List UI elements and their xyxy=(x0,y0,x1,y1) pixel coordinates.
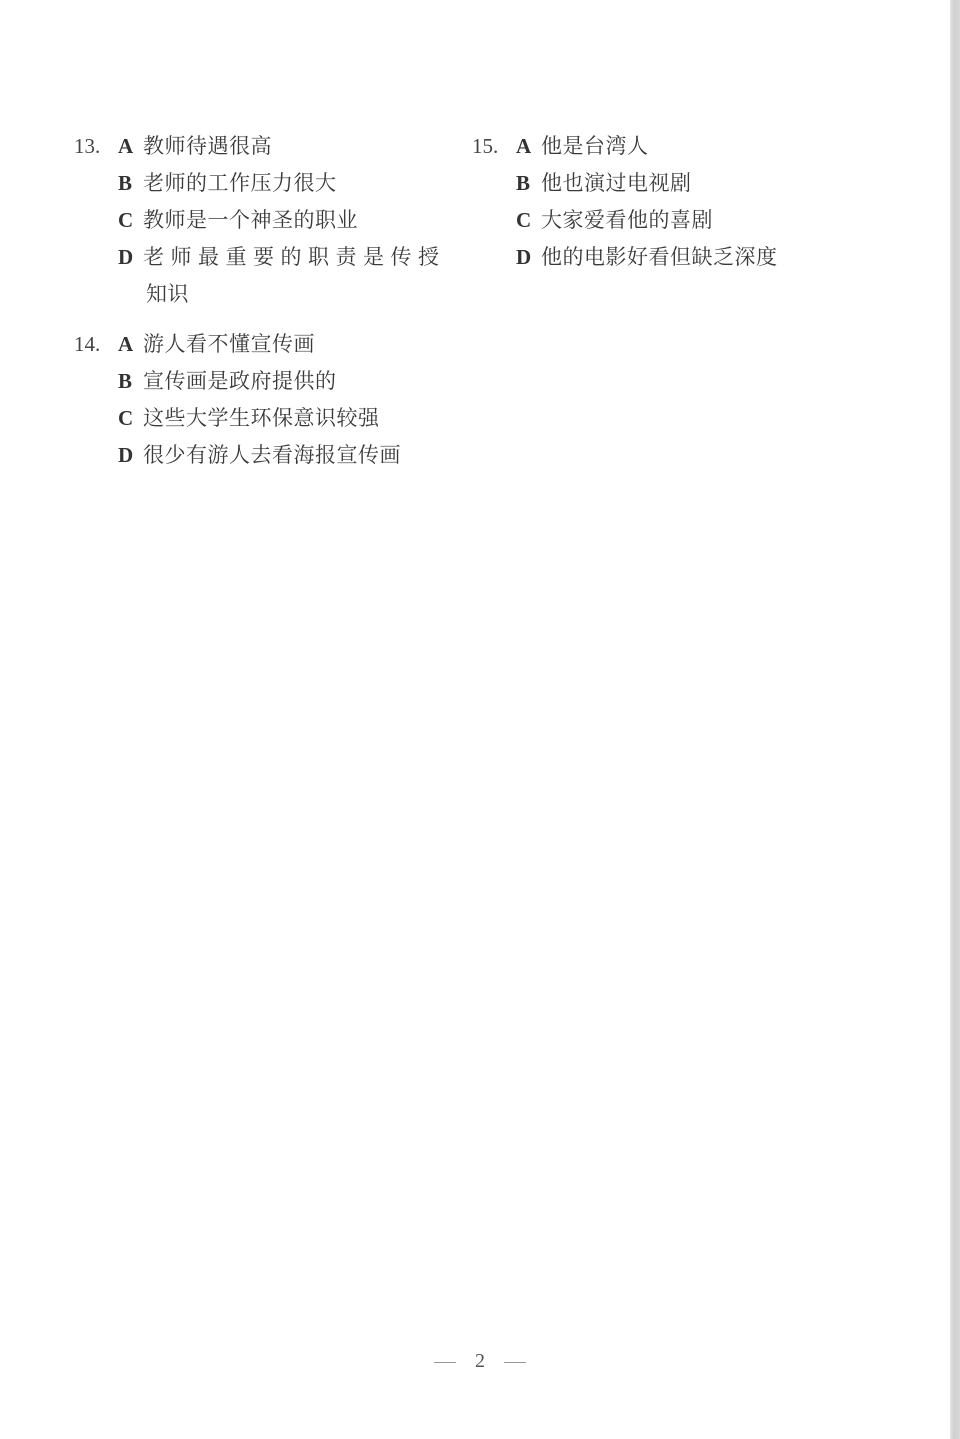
option-14-c[interactable]: C 这些大学生环保意识较强 xyxy=(74,400,454,437)
option-letter: D xyxy=(516,239,541,276)
question-13: 13. A 教师待遇很高 B 老师的工作压力很大 C 教师是一个神圣的职业 D … xyxy=(74,128,454,313)
option-15-b[interactable]: B 他也演过电视剧 xyxy=(472,165,832,202)
option-14-a[interactable]: 14. A 游人看不懂宣传画 xyxy=(74,326,454,363)
option-letter: D xyxy=(118,239,143,276)
option-text: 他的电影好看但缺乏深度 xyxy=(541,239,778,276)
option-letter: C xyxy=(516,202,541,239)
option-15-d[interactable]: D 他的电影好看但缺乏深度 xyxy=(472,239,832,276)
option-13-a[interactable]: 13. A 教师待遇很高 xyxy=(74,128,454,165)
option-text: 很少有游人去看海报宣传画 xyxy=(143,437,401,474)
option-text: 老师最重要的职责是传授 xyxy=(143,239,446,276)
question-number: 14. xyxy=(74,326,118,363)
option-13-d-continuation: 知识 xyxy=(74,276,454,313)
option-15-a[interactable]: 15. A 他是台湾人 xyxy=(472,128,832,165)
option-letter: C xyxy=(118,400,143,437)
option-13-b[interactable]: B 老师的工作压力很大 xyxy=(74,165,454,202)
question-number: 13. xyxy=(74,128,118,165)
option-text: 教师待遇很高 xyxy=(143,128,272,165)
question-15: 15. A 他是台湾人 B 他也演过电视剧 C 大家爱看他的喜剧 D 他的电影好… xyxy=(472,128,832,276)
option-letter: D xyxy=(118,437,143,474)
option-text: 这些大学生环保意识较强 xyxy=(143,400,380,437)
option-letter: A xyxy=(118,326,143,363)
dash-right xyxy=(504,1362,526,1363)
page-edge xyxy=(950,0,960,1439)
dash-left xyxy=(434,1362,456,1363)
option-text: 他是台湾人 xyxy=(541,128,649,165)
option-text: 老师的工作压力很大 xyxy=(143,165,337,202)
option-text: 宣传画是政府提供的 xyxy=(143,363,337,400)
page-footer: 2 xyxy=(0,1350,960,1373)
option-letter: B xyxy=(516,165,541,202)
option-15-c[interactable]: C 大家爱看他的喜剧 xyxy=(472,202,832,239)
option-letter: A xyxy=(118,128,143,165)
option-letter: B xyxy=(118,363,143,400)
option-letter: A xyxy=(516,128,541,165)
option-letter: C xyxy=(118,202,143,239)
page-number: 2 xyxy=(475,1350,485,1372)
option-text-continuation: 知识 xyxy=(146,276,189,313)
option-text: 游人看不懂宣传画 xyxy=(143,326,315,363)
option-text: 他也演过电视剧 xyxy=(541,165,692,202)
question-14: 14. A 游人看不懂宣传画 B 宣传画是政府提供的 C 这些大学生环保意识较强… xyxy=(74,326,454,474)
option-letter: B xyxy=(118,165,143,202)
option-text: 大家爱看他的喜剧 xyxy=(541,202,713,239)
option-14-d[interactable]: D 很少有游人去看海报宣传画 xyxy=(74,437,454,474)
option-text: 教师是一个神圣的职业 xyxy=(143,202,358,239)
option-14-b[interactable]: B 宣传画是政府提供的 xyxy=(74,363,454,400)
option-13-d[interactable]: D 老师最重要的职责是传授 xyxy=(74,239,454,276)
question-number: 15. xyxy=(472,128,516,165)
option-13-c[interactable]: C 教师是一个神圣的职业 xyxy=(74,202,454,239)
